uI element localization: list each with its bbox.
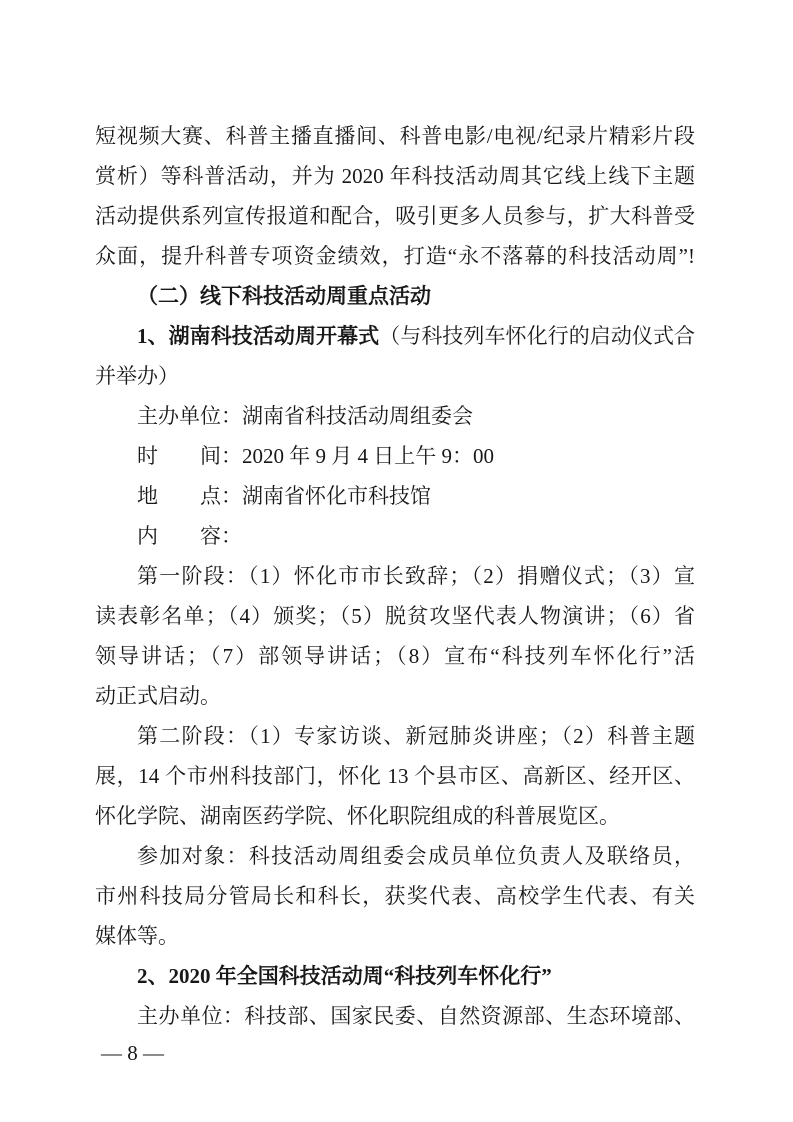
text-line: 众面，提升科普专项资金绩效，打造“永不落幕的科技活动周”! (95, 236, 695, 276)
text-line: 并举办） (95, 356, 695, 396)
text-line: 短视频大赛、科普主播直播间、科普电影/电视/纪录片精彩片段 (95, 116, 695, 156)
page-footer: — 8 — (101, 1033, 164, 1073)
document-body: 短视频大赛、科普主播直播间、科普电影/电视/纪录片精彩片段 赏析）等科普活动，并… (95, 116, 695, 1036)
subsection-heading-text: 1、湖南科技活动周开幕式 (137, 324, 379, 348)
field-content-label: 内 容： (95, 516, 695, 556)
text-line: 活动提供系列宣传报道和配合，吸引更多人员参与，扩大科普受 (95, 196, 695, 236)
subsection-heading-text: 2、2020 年全国科技活动周“科技列车怀化行” (137, 964, 552, 988)
text-line: 赏析）等科普活动，并为 2020 年科技活动周其它线上线下主题 (95, 156, 695, 196)
section-heading: （二）线下科技活动周重点活动 (95, 276, 695, 316)
text-line: 参加对象：科技活动周组委会成员单位负责人及联络员， (95, 836, 695, 876)
section-heading-text: （二）线下科技活动周重点活动 (137, 284, 431, 308)
document-page: 短视频大赛、科普主播直播间、科普电影/电视/纪录片精彩片段 赏析）等科普活动，并… (0, 0, 793, 1122)
text-line: 读表彰名单；（4）颁奖；（5）脱贫攻坚代表人物演讲；（6）省 (95, 596, 695, 636)
subsection-heading-line: 1、湖南科技活动周开幕式（与科技列车怀化行的启动仪式合 (95, 316, 695, 356)
field-location: 地 点：湖南省怀化市科技馆 (95, 476, 695, 516)
text-line: 动正式启动。 (95, 676, 695, 716)
text-line: 媒体等。 (95, 916, 695, 956)
text-line: 领导讲话；（7）部领导讲话；（8）宣布“科技列车怀化行”活 (95, 636, 695, 676)
text-line: 第一阶段：（1）怀化市市长致辞；（2）捐赠仪式；（3）宣 (95, 556, 695, 596)
field-organizer: 主办单位：科技部、国家民委、自然资源部、生态环境部、 (95, 996, 695, 1036)
field-organizer: 主办单位：湖南省科技活动周组委会 (95, 396, 695, 436)
text-line: 展，14 个市州科技部门，怀化 13 个县市区、高新区、经开区、 (95, 756, 695, 796)
page-number: — 8 — (101, 1041, 164, 1065)
subsection-heading: 2、2020 年全国科技活动周“科技列车怀化行” (95, 956, 695, 996)
text-line: 市州科技局分管局长和科长，获奖代表、高校学生代表、有关 (95, 876, 695, 916)
text-line: 第二阶段：（1）专家访谈、新冠肺炎讲座；（2）科普主题 (95, 716, 695, 756)
text-line: 怀化学院、湖南医药学院、怀化职院组成的科普展览区。 (95, 796, 695, 836)
text-run: （与科技列车怀化行的启动仪式合 (379, 324, 695, 348)
field-time: 时 间：2020 年 9 月 4 日上午 9：00 (95, 436, 695, 476)
